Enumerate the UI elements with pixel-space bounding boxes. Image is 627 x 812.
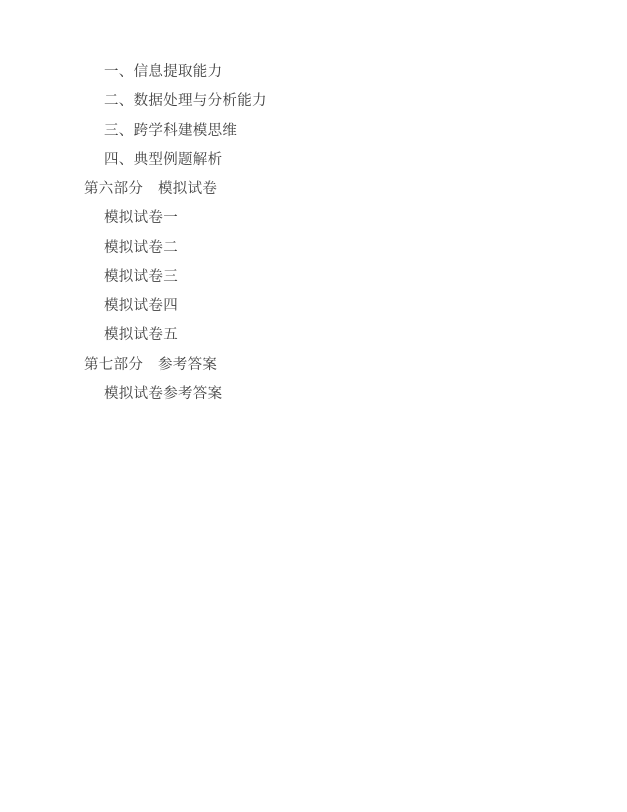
toc-entry: 第六部分 模拟试卷 [0, 175, 627, 204]
toc-entry: 三、跨学科建模思维 [0, 117, 627, 146]
toc-entry: 四、典型例题解析 [0, 146, 627, 175]
toc-entry: 二、数据处理与分析能力 [0, 87, 627, 116]
document-page: 一、信息提取能力二、数据处理与分析能力三、跨学科建模思维四、典型例题解析第六部分… [0, 0, 627, 812]
toc-list: 一、信息提取能力二、数据处理与分析能力三、跨学科建模思维四、典型例题解析第六部分… [0, 58, 627, 409]
toc-entry: 模拟试卷三 [0, 263, 627, 292]
toc-entry: 模拟试卷四 [0, 292, 627, 321]
toc-entry: 模拟试卷五 [0, 321, 627, 350]
toc-entry: 一、信息提取能力 [0, 58, 627, 87]
toc-entry: 模拟试卷一 [0, 204, 627, 233]
toc-entry: 模拟试卷二 [0, 234, 627, 263]
toc-entry: 第七部分 参考答案 [0, 351, 627, 380]
toc-entry: 模拟试卷参考答案 [0, 380, 627, 409]
